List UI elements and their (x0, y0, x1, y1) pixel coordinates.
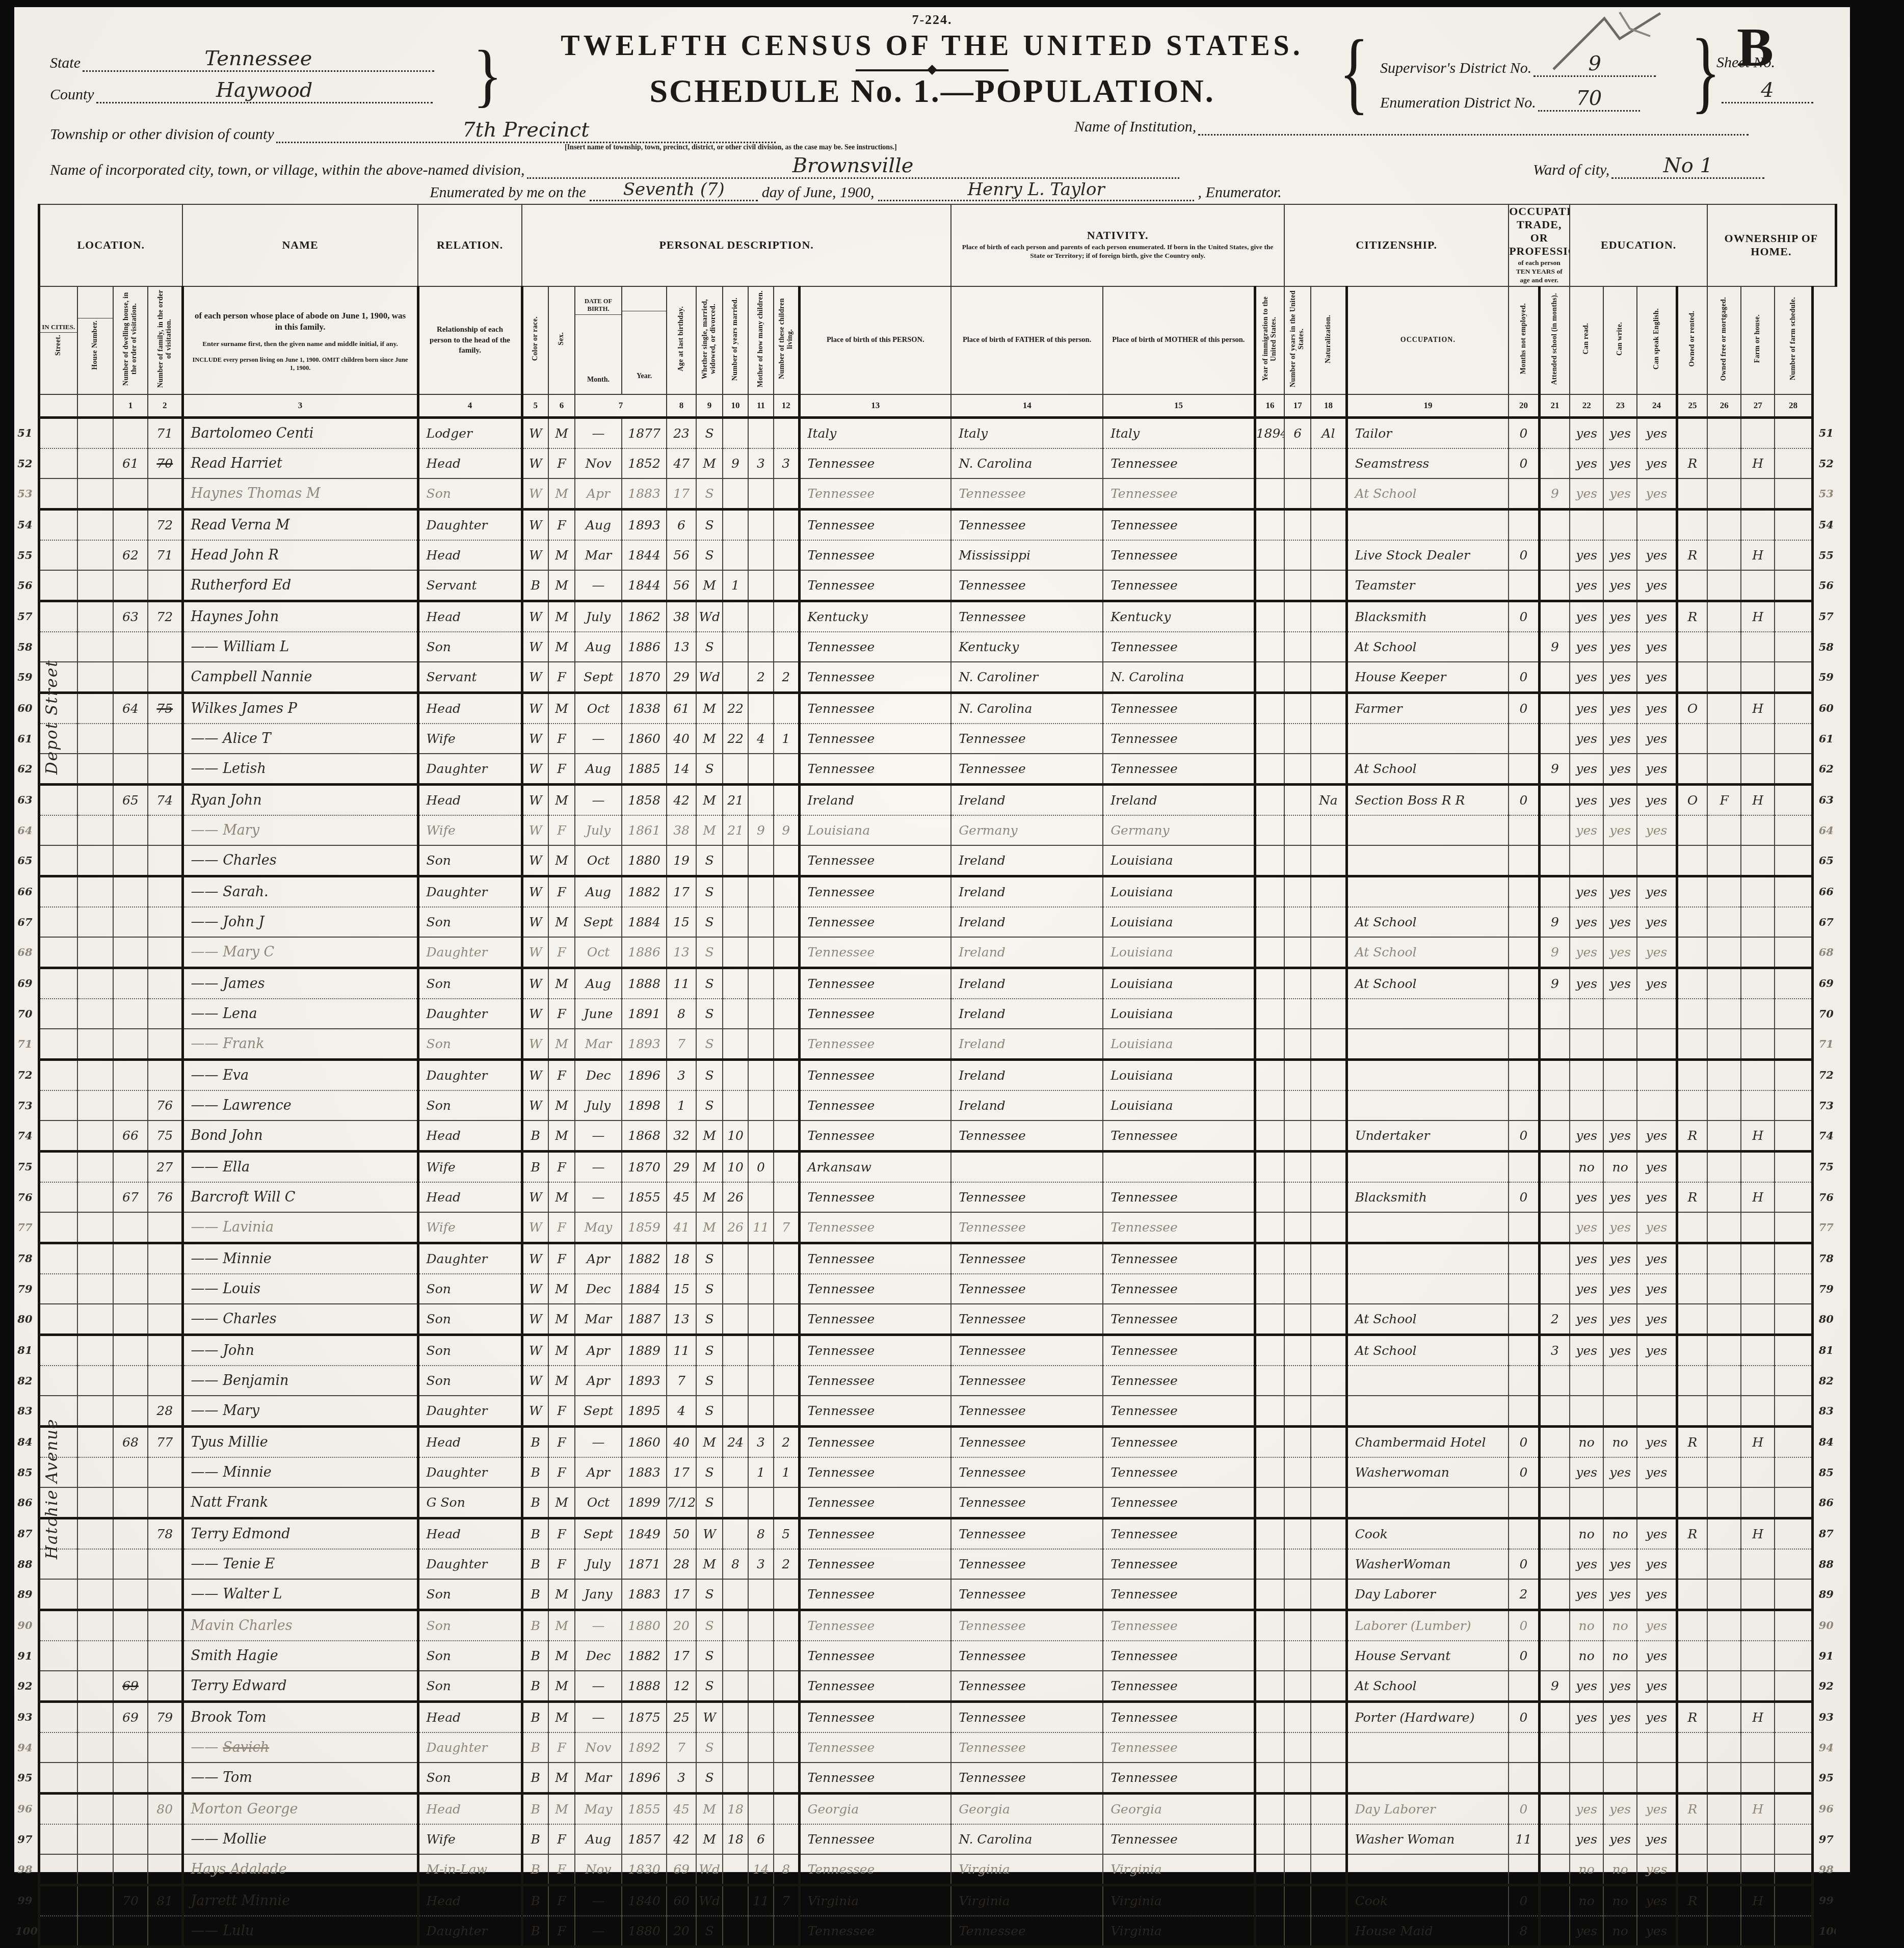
cell-sex: F (548, 999, 575, 1029)
cell-ch (748, 1029, 774, 1060)
cell-occ: WasherWoman (1346, 1549, 1509, 1579)
institution-value (1198, 134, 1749, 136)
cell-mne: 0 (1509, 662, 1539, 693)
cell-nat (1311, 509, 1346, 540)
cell-sex: M (548, 570, 575, 601)
header-groups-row: LOCATION.NAMERELATION.PERSONAL DESCRIPTI… (15, 204, 1846, 286)
section-header: OWNERSHIP OF HOME. (1707, 204, 1836, 286)
cell-yrs (1284, 1549, 1311, 1579)
cell-ym (723, 1457, 748, 1487)
cell-write: no (1603, 1854, 1637, 1885)
cell-mort (1707, 570, 1741, 601)
cell-age: 29 (667, 662, 696, 693)
row-number-right: 87 (1812, 1518, 1836, 1549)
cell-mne (1509, 1243, 1539, 1274)
cell-nat (1311, 1671, 1346, 1702)
cell-street (39, 1029, 77, 1060)
cell-color: B (522, 1763, 548, 1794)
cell-bpf: Ireland (951, 999, 1103, 1029)
cell-bpm: Ireland (1103, 784, 1255, 815)
cell-ch (748, 999, 774, 1029)
cell-write: yes (1603, 1793, 1637, 1824)
cell-sex: F (548, 724, 575, 754)
cell-bp: Tennessee (799, 1335, 951, 1366)
cell-imm (1255, 1304, 1284, 1335)
enumerated-mid: day of June, 1900, (762, 184, 875, 201)
cell-name: Hays Adalade (182, 1854, 418, 1885)
row-number-right: 52 (1812, 448, 1836, 478)
cell-color: B (522, 1151, 548, 1182)
cell-fs (1775, 1885, 1812, 1916)
cell-nat (1311, 1274, 1346, 1304)
cell-bpf: Tennessee (951, 1274, 1103, 1304)
cell-yrs (1284, 1763, 1311, 1794)
column-headers-row: IN CITIES.Street. House Number.Number of… (15, 286, 1846, 394)
cell-sch: 9 (1539, 907, 1570, 937)
cell-yrs (1284, 1610, 1311, 1641)
cell-ym (723, 540, 748, 570)
cell-ch (748, 907, 774, 937)
cell-write: yes (1603, 417, 1637, 448)
cell-own: R (1677, 1518, 1707, 1549)
cell-occ (1346, 1732, 1509, 1763)
cell-house (77, 1579, 113, 1610)
cell-imm (1255, 815, 1284, 845)
cell-bp: Tennessee (799, 1579, 951, 1610)
col-header-yrs: Number of years in the United States. (1284, 286, 1311, 394)
cell-house (77, 968, 113, 999)
cell-mar: S (696, 1763, 723, 1794)
col-label: Year of immigration to the United States… (1262, 288, 1278, 389)
cell-write (1603, 1029, 1637, 1060)
cell-yrs (1284, 1304, 1311, 1335)
cell-rel: Son (418, 478, 522, 510)
cell-ch (748, 784, 774, 815)
cell-liv: 7 (774, 1212, 799, 1243)
cell-liv (774, 601, 799, 632)
cell-ch (748, 876, 774, 907)
cell-color: B (522, 570, 548, 601)
cell-mne: 0 (1509, 1426, 1539, 1457)
col-number-sch: 21 (1539, 394, 1570, 418)
cell-ch (748, 1763, 774, 1794)
cell-mne (1509, 1366, 1539, 1396)
row-number-left: 60 (15, 692, 39, 724)
cell-eng: yes (1637, 968, 1677, 999)
cell-mort (1707, 1487, 1741, 1518)
cell-liv (774, 1763, 799, 1794)
cell-mort (1707, 1763, 1741, 1794)
cell-ym (723, 601, 748, 632)
cell-liv (774, 845, 799, 876)
cell-dw (113, 724, 148, 754)
cell-dw: 70 (113, 1885, 148, 1916)
cell-occ: Washer Woman (1346, 1824, 1509, 1854)
cell-mort (1707, 692, 1741, 724)
cell-fam: 75 (148, 692, 182, 724)
cell-by: 1858 (622, 784, 667, 815)
cell-read: yes (1570, 540, 1603, 570)
cell-bm: — (575, 570, 622, 601)
cell-fh (1741, 1366, 1775, 1396)
cell-write: yes (1603, 907, 1637, 937)
table-row: 62—— LetishDaughterWFAug188514STennessee… (15, 754, 1846, 785)
cell-by: 1891 (622, 999, 667, 1029)
cell-fs (1775, 1549, 1812, 1579)
cell-fs (1775, 1243, 1812, 1274)
cell-eng (1637, 1396, 1677, 1427)
cell-liv (774, 907, 799, 937)
cell-occ: Seamstress (1346, 448, 1509, 478)
cell-fam: 74 (148, 784, 182, 815)
cell-ym (723, 662, 748, 693)
cell-rel: Son (418, 1029, 522, 1060)
district-open-brace: { (1339, 36, 1369, 109)
col-number-mne: 20 (1509, 394, 1539, 418)
cell-name: —— Savich (182, 1732, 418, 1763)
section-title: NAME (183, 238, 417, 252)
cell-mar: S (696, 1487, 723, 1518)
cell-by: 1883 (622, 1579, 667, 1610)
col-number-rel: 4 (418, 394, 522, 418)
cell-bp: Virginia (799, 1885, 951, 1916)
cell-bpf: Italy (951, 417, 1103, 448)
cell-read: yes (1570, 784, 1603, 815)
cell-own (1677, 724, 1707, 754)
cell-street (39, 845, 77, 876)
cell-write: yes (1603, 1274, 1637, 1304)
col-header-color: Color or race. (522, 286, 548, 394)
cell-liv (774, 1366, 799, 1396)
table-row: 59Campbell NannieServantWFSept187029Wd22… (15, 662, 1846, 693)
cell-bpf: N. Carolina (951, 448, 1103, 478)
cell-rel: Lodger (418, 417, 522, 448)
cell-name: —— Mary (182, 815, 418, 845)
cell-house (77, 1243, 113, 1274)
cell-imm (1255, 1701, 1284, 1732)
cell-dw (113, 478, 148, 510)
cell-fam: 71 (148, 540, 182, 570)
cell-rel: Son (418, 632, 522, 662)
row-number-left: 64 (15, 815, 39, 845)
cell-write (1603, 1366, 1637, 1396)
name-desc-2: Enter surname first, then the given name… (184, 338, 417, 351)
cell-ch (748, 937, 774, 968)
cell-bm: Aug (575, 968, 622, 999)
cell-dw (113, 1212, 148, 1243)
cell-nat (1311, 1701, 1346, 1732)
cell-age: 28 (667, 1549, 696, 1579)
col-number-color: 5 (522, 394, 548, 418)
cell-ym (723, 1335, 748, 1366)
cell-sch (1539, 1610, 1570, 1641)
cell-ym: 22 (723, 692, 748, 724)
col-number-read: 22 (1570, 394, 1603, 418)
cell-bp: Tennessee (799, 692, 951, 724)
cell-dw (113, 662, 148, 693)
cell-occ: House Keeper (1346, 662, 1509, 693)
cell-dw: 65 (113, 784, 148, 815)
cell-occ: At School (1346, 754, 1509, 785)
cell-bp: Tennessee (799, 1182, 951, 1212)
cell-fam: 72 (148, 509, 182, 540)
cell-liv (774, 1671, 799, 1702)
cell-read: yes (1570, 1579, 1603, 1610)
cell-sch (1539, 845, 1570, 876)
cell-eng (1637, 1366, 1677, 1396)
cell-write: yes (1603, 784, 1637, 815)
cell-fam (148, 1059, 182, 1090)
cell-mort (1707, 1579, 1741, 1610)
cell-sch (1539, 1029, 1570, 1060)
cell-dw: 62 (113, 540, 148, 570)
cell-bpm: Louisiana (1103, 845, 1255, 876)
cell-mar: S (696, 1090, 723, 1120)
cell-read (1570, 1396, 1603, 1427)
cell-read: yes (1570, 1824, 1603, 1854)
cell-write: no (1603, 1641, 1637, 1671)
cell-write (1603, 1090, 1637, 1120)
table-row: 556271Head John RHeadWMMar184456STenness… (15, 540, 1846, 570)
cell-fh: H (1741, 1518, 1775, 1549)
cell-liv (774, 1487, 799, 1518)
cell-street (39, 540, 77, 570)
table-row: 80—— CharlesSonWMMar188713STennesseeTenn… (15, 1304, 1846, 1335)
cell-occ: At School (1346, 1304, 1509, 1335)
table-row: 67—— John JSonWMSept188415STennesseeIrel… (15, 907, 1846, 937)
cell-occ (1346, 1212, 1509, 1243)
in-cities-spacer (78, 308, 113, 318)
row-number-left: 75 (15, 1151, 39, 1182)
cell-ym: 8 (723, 1549, 748, 1579)
cell-own (1677, 1763, 1707, 1794)
cell-read: no (1570, 1151, 1603, 1182)
cell-yrs (1284, 1916, 1311, 1947)
cell-bpf: Virginia (951, 1854, 1103, 1885)
table-row: 82—— BenjaminSonWMApr18937STennesseeTenn… (15, 1366, 1846, 1396)
cell-mne: 2 (1509, 1579, 1539, 1610)
row-number-left: 65 (15, 845, 39, 876)
cell-bpf: Tennessee (951, 1426, 1103, 1457)
column-numbers-row: 1234567891011121314151617181920212223242… (15, 394, 1846, 418)
cell-read (1570, 1090, 1603, 1120)
cell-bm: Apr (575, 1243, 622, 1274)
cell-imm: 1894 (1255, 417, 1284, 448)
cell-write (1603, 1396, 1637, 1427)
cell-by: 1899 (622, 1487, 667, 1518)
cell-imm (1255, 845, 1284, 876)
cell-occ: Laborer (Lumber) (1346, 1610, 1509, 1641)
cell-name: Brook Tom (182, 1701, 418, 1732)
cell-bm: — (575, 784, 622, 815)
row-number-left: 78 (15, 1243, 39, 1274)
cell-street (39, 876, 77, 907)
cell-read: yes (1570, 1916, 1603, 1947)
cell-liv (774, 1641, 799, 1671)
cell-bpf: N. Caroliner (951, 662, 1103, 693)
cell-age: 20 (667, 1916, 696, 1947)
cell-occ: Section Boss R R (1346, 784, 1509, 815)
col-number-street (39, 394, 77, 418)
cell-ch (748, 1335, 774, 1366)
cell-read: yes (1570, 1212, 1603, 1243)
cell-street (39, 1487, 77, 1518)
cell-age: 11 (667, 1335, 696, 1366)
cell-bpm: N. Carolina (1103, 662, 1255, 693)
cell-bpm: Tennessee (1103, 1518, 1255, 1549)
row-number-left: 81 (15, 1335, 39, 1366)
cell-imm (1255, 1182, 1284, 1212)
cell-bpm: Tennessee (1103, 1366, 1255, 1396)
col-header-bpm: Place of birth of MOTHER of this person. (1103, 286, 1255, 394)
cell-house (77, 1732, 113, 1763)
cell-fh (1741, 478, 1775, 510)
enumerated-post: , Enumerator. (1198, 184, 1282, 201)
cell-rel: Son (418, 907, 522, 937)
cell-sex: M (548, 632, 575, 662)
cell-bpm: Tennessee (1103, 478, 1255, 510)
col-label: Age at last birthday. (677, 306, 685, 371)
cell-read: no (1570, 1518, 1603, 1549)
cell-eng (1637, 509, 1677, 540)
cell-by: 1844 (622, 570, 667, 601)
row-number-left: 66 (15, 876, 39, 907)
cell-bpm: Virginia (1103, 1885, 1255, 1916)
cell-imm (1255, 662, 1284, 693)
cell-rel: Son (418, 1366, 522, 1396)
cell-fs (1775, 1824, 1812, 1854)
cell-bp: Kentucky (799, 601, 951, 632)
cell-age: 61 (667, 692, 696, 724)
cell-ch (748, 417, 774, 448)
cell-liv (774, 1701, 799, 1732)
cell-by: 1875 (622, 1701, 667, 1732)
cell-name: —— Alice T (182, 724, 418, 754)
cell-age: 17 (667, 1641, 696, 1671)
cell-nat (1311, 1366, 1346, 1396)
cell-mne (1509, 968, 1539, 999)
cell-write: yes (1603, 1243, 1637, 1274)
cell-ym (723, 632, 748, 662)
cell-bp: Tennessee (799, 1029, 951, 1060)
row-number-right: 84 (1812, 1426, 1836, 1457)
cell-dw (113, 1274, 148, 1304)
cell-yrs (1284, 1579, 1311, 1610)
cell-fs (1775, 478, 1812, 510)
row-number-right: 88 (1812, 1549, 1836, 1579)
cell-rel: Servant (418, 662, 522, 693)
cell-sex: M (548, 968, 575, 999)
row-number-left: 67 (15, 907, 39, 937)
cell-eng (1637, 1763, 1677, 1794)
cell-fam: 71 (148, 417, 182, 448)
cell-rel: Son (418, 1579, 522, 1610)
cell-bpf: Tennessee (951, 601, 1103, 632)
cell-name: —— Lena (182, 999, 418, 1029)
cell-street (39, 509, 77, 540)
cell-mar: S (696, 1335, 723, 1366)
census-sheet: 7-224. B TWELFTH CENSUS OF THE UNITED ST… (14, 7, 1850, 1872)
cell-name: —— William L (182, 632, 418, 662)
cell-fs (1775, 1182, 1812, 1212)
cell-mort (1707, 1701, 1741, 1732)
cell-sex: M (548, 1304, 575, 1335)
cell-sex: F (548, 662, 575, 693)
cell-rel: Daughter (418, 1732, 522, 1763)
cell-mort (1707, 968, 1741, 999)
cell-nat (1311, 1396, 1346, 1427)
row-number-right: 91 (1812, 1641, 1836, 1671)
cell-bm: Sept (575, 1396, 622, 1427)
cell-mar: S (696, 907, 723, 937)
cell-house (77, 1059, 113, 1090)
cell-age: 38 (667, 815, 696, 845)
cell-age: 32 (667, 1120, 696, 1152)
cell-mar: Wd (696, 662, 723, 693)
cell-mort (1707, 1518, 1741, 1549)
cell-yrs (1284, 1671, 1311, 1702)
cell-nat (1311, 1487, 1346, 1518)
cell-own (1677, 1457, 1707, 1487)
cell-nat (1311, 1549, 1346, 1579)
cell-sch (1539, 540, 1570, 570)
cell-rel: Head (418, 1426, 522, 1457)
cell-eng: yes (1637, 1457, 1677, 1487)
cell-sex: F (548, 1396, 575, 1427)
cell-dw (113, 754, 148, 785)
cell-by: 1886 (622, 937, 667, 968)
cell-mne: 0 (1509, 1701, 1539, 1732)
row-number-left: 76 (15, 1182, 39, 1212)
cell-by: 1862 (622, 601, 667, 632)
col-header-fs: Number of farm schedule. (1775, 286, 1812, 394)
col-number-own: 25 (1677, 394, 1707, 418)
cell-eng: yes (1637, 1885, 1677, 1916)
cell-by: 1893 (622, 1366, 667, 1396)
cell-ch (748, 968, 774, 999)
cell-color: B (522, 1579, 548, 1610)
cell-yrs (1284, 1090, 1311, 1120)
cell-write: yes (1603, 815, 1637, 845)
cell-dw (113, 999, 148, 1029)
cell-occ: Day Laborer (1346, 1793, 1509, 1824)
cell-read: yes (1570, 417, 1603, 448)
cell-color: B (522, 1518, 548, 1549)
cell-mar: S (696, 1029, 723, 1060)
cell-dw (113, 815, 148, 845)
col-label: Owned free or mortgaged. (1720, 297, 1728, 381)
cell-nat (1311, 815, 1346, 845)
cell-sex: F (548, 1732, 575, 1763)
cell-sex: F (548, 815, 575, 845)
cell-name: Smith Hagie (182, 1641, 418, 1671)
cell-dw (113, 1824, 148, 1854)
cell-mort (1707, 1335, 1741, 1366)
cell-street (39, 1090, 77, 1120)
row-number-left: 74 (15, 1120, 39, 1152)
cell-bp: Tennessee (799, 1549, 951, 1579)
cell-bpm: Tennessee (1103, 1212, 1255, 1243)
col-number-mort: 26 (1707, 394, 1741, 418)
cell-bm: Aug (575, 876, 622, 907)
cell-bm: — (575, 1885, 622, 1916)
cell-fam (148, 1732, 182, 1763)
cell-bpm: Tennessee (1103, 1763, 1255, 1794)
cell-ch (748, 1641, 774, 1671)
cell-street (39, 448, 77, 478)
cell-fs (1775, 509, 1812, 540)
cell-street (39, 417, 77, 448)
